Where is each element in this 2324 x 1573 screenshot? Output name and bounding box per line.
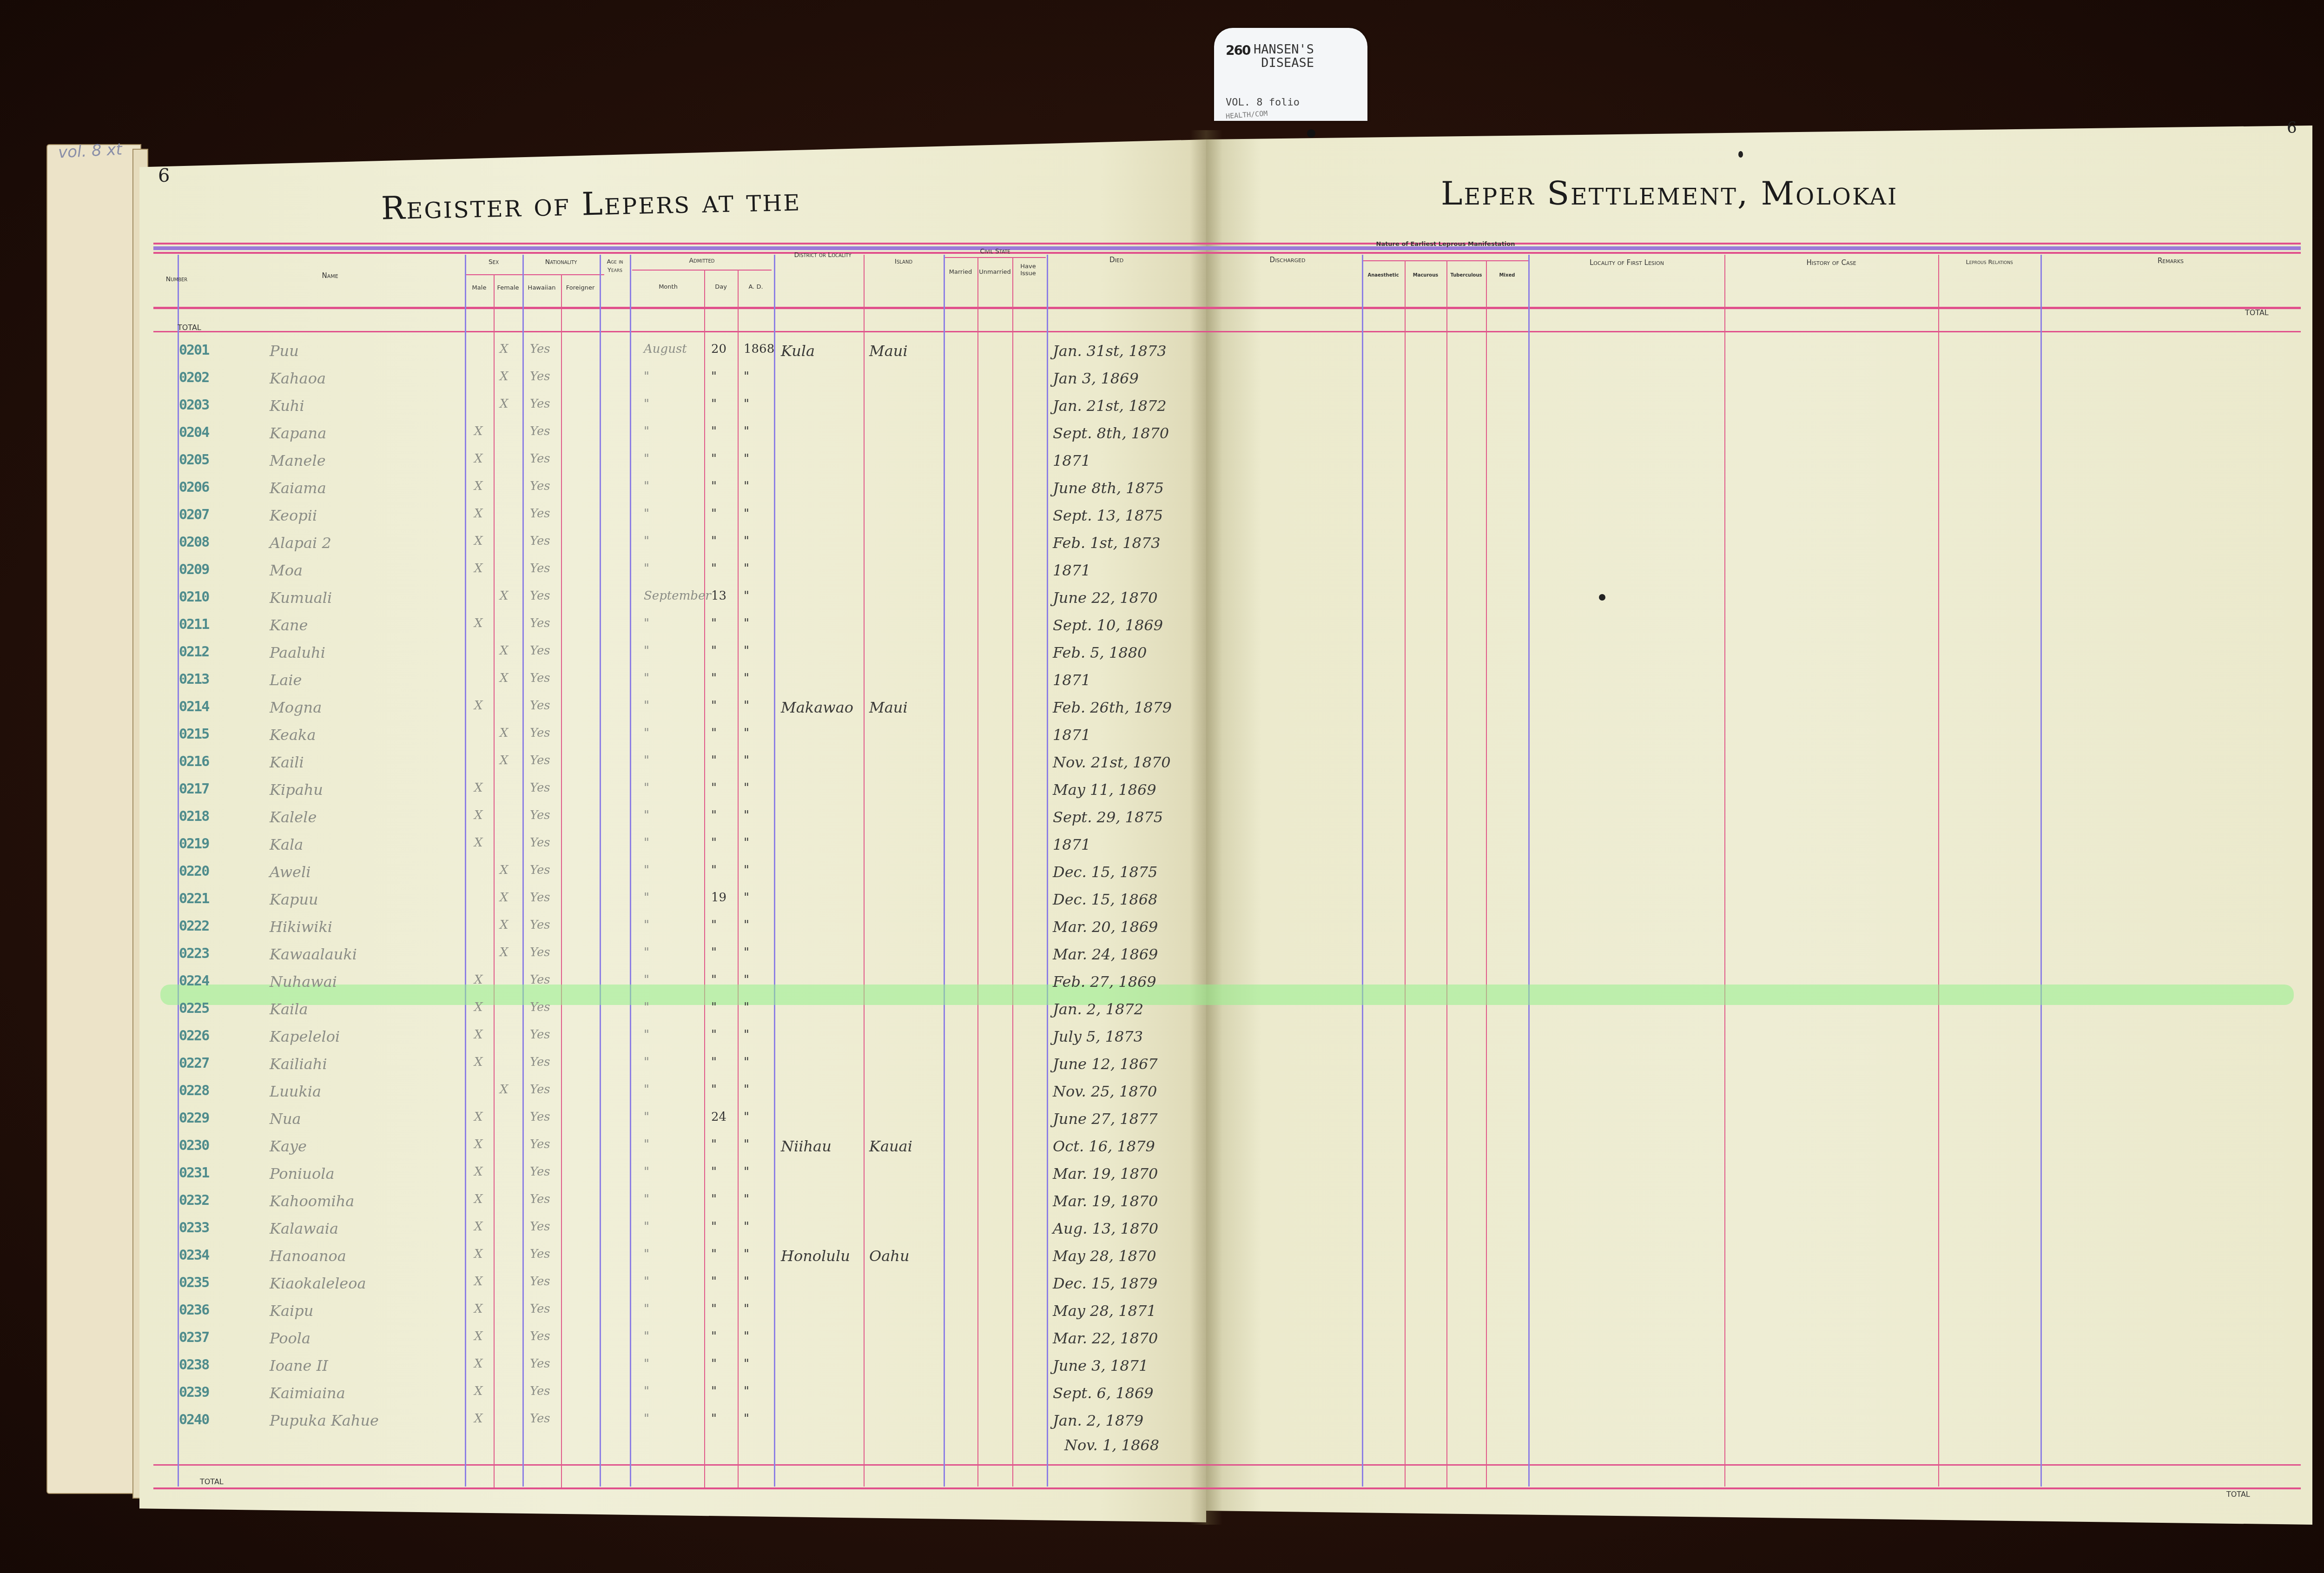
table-row[interactable]: 0205 Manele X Yes " " " 1871 bbox=[0, 448, 1208, 475]
table-row[interactable]: 0220 Aweli X Yes " " " Dec. 15, 1875 bbox=[0, 859, 1208, 886]
row-admitted-month: " bbox=[644, 1220, 649, 1234]
header-rule-bottom bbox=[153, 252, 2301, 254]
table-row[interactable]: 0214 Mogna X Yes " " " Makawao Maui Feb.… bbox=[0, 695, 1208, 722]
margin-note: vol. 8 xt bbox=[58, 140, 123, 162]
table-row[interactable]: 0227 Kailiahi X Yes " " " June 12, 1867 bbox=[0, 1051, 1208, 1078]
archive-tag-subject-1: HANSEN'S bbox=[1254, 42, 1314, 57]
row-admitted-year: " bbox=[744, 452, 749, 466]
row-admitted-month: " bbox=[644, 1412, 649, 1426]
table-row[interactable]: 0230 Kaye X Yes " " " Niihau Kauai Oct. … bbox=[0, 1134, 1208, 1161]
row-admitted-day: " bbox=[711, 1083, 717, 1097]
row-male: X bbox=[474, 479, 483, 493]
col-line-history bbox=[1938, 255, 1939, 1487]
row-number: 0203 bbox=[179, 397, 209, 413]
total-divider-bottom-1 bbox=[153, 1464, 2301, 1466]
total-divider-top bbox=[153, 331, 2301, 332]
row-died: 1871 bbox=[1053, 836, 1090, 853]
row-admitted-day: " bbox=[711, 671, 717, 685]
row-admitted-month: " bbox=[644, 699, 649, 713]
row-number: 0225 bbox=[179, 1000, 209, 1017]
row-admitted-year: " bbox=[744, 1110, 749, 1124]
table-row[interactable]: 0208 Alapai 2 X Yes " " " Feb. 1st, 1873 bbox=[0, 530, 1208, 557]
row-female: X bbox=[500, 918, 508, 932]
row-hawaiian: Yes bbox=[530, 918, 550, 932]
table-row[interactable]: 0204 Kapana X Yes " " " Sept. 8th, 1870 bbox=[0, 421, 1208, 448]
row-died: May 11, 1869 bbox=[1053, 781, 1156, 799]
row-admitted-day: " bbox=[711, 945, 717, 959]
table-row[interactable]: 0238 Ioane II X Yes " " " June 3, 1871 bbox=[0, 1353, 1208, 1380]
table-row[interactable]: 0240 Pupuka Kahue X Yes " " " Jan. 2, 18… bbox=[0, 1408, 1208, 1435]
row-name: Pupuka Kahue bbox=[270, 1412, 379, 1429]
row-died: Mar. 22, 1870 bbox=[1053, 1329, 1158, 1347]
table-row[interactable]: 0213 Laie X Yes " " " 1871 bbox=[0, 668, 1208, 694]
table-row[interactable]: 0221 Kapuu X Yes " 19 " Dec. 15, 1868 bbox=[0, 887, 1208, 914]
row-number: 0223 bbox=[179, 945, 209, 962]
row-admitted-year: " bbox=[744, 808, 749, 822]
row-hawaiian: Yes bbox=[530, 397, 550, 411]
row-admitted-year: " bbox=[744, 945, 749, 959]
row-admitted-month: " bbox=[644, 1000, 649, 1014]
row-admitted-year: " bbox=[744, 726, 749, 740]
row-admitted-year: " bbox=[744, 589, 749, 603]
row-female: X bbox=[500, 370, 508, 383]
row-number: 0224 bbox=[179, 973, 209, 989]
row-admitted-day: " bbox=[711, 1412, 717, 1426]
row-island: Kauai bbox=[869, 1137, 912, 1155]
header-married: Married bbox=[944, 269, 977, 276]
row-hawaiian: Yes bbox=[530, 1357, 550, 1371]
header-nature: Nature of Earliest Leprous Manifestation bbox=[1364, 241, 1527, 248]
row-name: Moa bbox=[270, 562, 303, 579]
row-number: 0229 bbox=[179, 1110, 209, 1126]
col-line-relations bbox=[2040, 255, 2042, 1487]
row-died: Jan. 2, 1879 bbox=[1053, 1412, 1143, 1429]
table-row[interactable]: 0223 Kawaalauki X Yes " " " Mar. 24, 186… bbox=[0, 942, 1208, 969]
row-admitted-month: " bbox=[644, 781, 649, 795]
table-row[interactable]: 0216 Kaili X Yes " " " Nov. 21st, 1870 bbox=[0, 750, 1208, 777]
archive-tag: 260 HANSEN'S DISEASE VOL. 8 folio HEALTH… bbox=[1214, 28, 1367, 121]
row-admitted-year: " bbox=[744, 1384, 749, 1398]
table-row[interactable]: 0212 Paaluhi X Yes " " " Feb. 5, 1880 bbox=[0, 640, 1208, 667]
row-hawaiian: Yes bbox=[530, 644, 550, 658]
row-admitted-month: " bbox=[644, 973, 649, 987]
row-female: X bbox=[500, 863, 508, 877]
row-male: X bbox=[474, 1412, 483, 1426]
row-hawaiian: Yes bbox=[530, 1275, 550, 1289]
row-admitted-year: " bbox=[744, 1000, 749, 1014]
row-admitted-day: " bbox=[711, 1165, 717, 1179]
row-female: X bbox=[500, 1083, 508, 1097]
row-male: X bbox=[474, 1192, 483, 1206]
header-relations: Leprous Relations bbox=[1941, 258, 2038, 268]
table-row[interactable]: 0217 Kipahu X Yes " " " May 11, 1869 bbox=[0, 777, 1208, 804]
row-name: Nua bbox=[270, 1110, 301, 1128]
row-died: Jan. 31st, 1873 bbox=[1053, 342, 1167, 360]
table-row[interactable]: 0203 Kuhi X Yes " " " Jan. 21st, 1872 bbox=[0, 393, 1208, 420]
civil-subdivider bbox=[944, 257, 1046, 258]
row-district: Makawao bbox=[781, 699, 853, 716]
row-hawaiian: Yes bbox=[530, 452, 550, 466]
header-rule-top bbox=[153, 243, 2301, 245]
row-admitted-month: " bbox=[644, 753, 649, 767]
row-admitted-year: " bbox=[744, 507, 749, 521]
row-name: Paaluhi bbox=[270, 644, 325, 661]
admitted-subdivider bbox=[632, 270, 772, 271]
table-row[interactable]: 0219 Kala X Yes " " " 1871 bbox=[0, 832, 1208, 859]
row-name: Kalawaia bbox=[270, 1220, 338, 1237]
row-number: 0206 bbox=[179, 479, 209, 496]
table-row[interactable]: 0224 Nuhawai X Yes " " " Feb. 27, 1869 bbox=[0, 969, 1208, 996]
row-number: 0240 bbox=[179, 1412, 209, 1428]
table-row[interactable]: 0207 Keopii X Yes " " " Sept. 13, 1875 bbox=[0, 503, 1208, 530]
row-died: Dec. 15, 1879 bbox=[1053, 1275, 1157, 1292]
row-admitted-month: August bbox=[644, 342, 687, 356]
row-admitted-day: " bbox=[711, 424, 717, 438]
row-number: 0221 bbox=[179, 891, 209, 907]
row-admitted-month: " bbox=[644, 1329, 649, 1343]
left-total-top: TOTAL bbox=[178, 323, 201, 332]
row-number: 0220 bbox=[179, 863, 209, 879]
row-admitted-year: " bbox=[744, 891, 749, 905]
row-admitted-day: " bbox=[711, 1275, 717, 1289]
header-remarks: Remarks bbox=[2045, 256, 2296, 266]
row-name: Kala bbox=[270, 836, 303, 853]
row-admitted-month: " bbox=[644, 1384, 649, 1398]
row-admitted-day: 19 bbox=[711, 891, 726, 905]
row-number: 0216 bbox=[179, 753, 209, 770]
row-name: Hikiwiki bbox=[270, 918, 332, 936]
row-died: May 28, 1871 bbox=[1053, 1302, 1156, 1320]
row-admitted-month: " bbox=[644, 562, 649, 575]
row-number: 0222 bbox=[179, 918, 209, 934]
row-island: Maui bbox=[869, 699, 908, 716]
row-number: 0207 bbox=[179, 507, 209, 523]
header-unmarried: Unmarried bbox=[977, 269, 1012, 276]
row-admitted-month: " bbox=[644, 1165, 649, 1179]
row-admitted-day: " bbox=[711, 808, 717, 822]
row-number: 0208 bbox=[179, 534, 209, 550]
table-row[interactable]: 0231 Poniuola X Yes " " " Mar. 19, 1870 bbox=[0, 1161, 1208, 1188]
row-hawaiian: Yes bbox=[530, 836, 550, 850]
row-admitted-year: 1868 bbox=[744, 342, 774, 356]
row-admitted-month: " bbox=[644, 1247, 649, 1261]
table-row[interactable]: 0237 Poola X Yes " " " Mar. 22, 1870 bbox=[0, 1326, 1208, 1353]
row-male: X bbox=[474, 836, 483, 850]
row-admitted-year: " bbox=[744, 1165, 749, 1179]
table-row[interactable]: 0218 Kalele X Yes " " " Sept. 29, 1875 bbox=[0, 805, 1208, 832]
row-name: Aweli bbox=[270, 863, 310, 881]
table-row[interactable]: 0234 Hanoanoa X Yes " " " Honolulu Oahu … bbox=[0, 1243, 1208, 1270]
row-died: June 27, 1877 bbox=[1053, 1110, 1158, 1128]
row-admitted-day: " bbox=[711, 452, 717, 466]
row-admitted-year: " bbox=[744, 1055, 749, 1069]
row-died: June 12, 1867 bbox=[1053, 1055, 1158, 1073]
table-row[interactable]: 0202 Kahaoa X Yes " " " Jan 3, 1869 bbox=[0, 366, 1208, 393]
row-male: X bbox=[474, 616, 483, 630]
row-name: Kiaokaleleoa bbox=[270, 1275, 366, 1292]
row-male: X bbox=[474, 534, 483, 548]
header-name: Name bbox=[302, 271, 358, 281]
row-hawaiian: Yes bbox=[530, 1055, 550, 1069]
header-civil-state: Civil State bbox=[944, 246, 1047, 257]
row-died: Mar. 19, 1870 bbox=[1053, 1165, 1158, 1183]
table-row[interactable]: 0235 Kiaokaleleoa X Yes " " " Dec. 15, 1… bbox=[0, 1271, 1208, 1298]
table-row[interactable]: 0211 Kane X Yes " " " Sept. 10, 1869 bbox=[0, 613, 1208, 640]
row-number: 0209 bbox=[179, 562, 209, 578]
col-line-tuberculous bbox=[1486, 260, 1487, 1487]
row-admitted-day: " bbox=[711, 1000, 717, 1014]
row-admitted-day: " bbox=[711, 397, 717, 411]
row-died: Nov. 25, 1870 bbox=[1053, 1083, 1157, 1100]
row-admitted-year: " bbox=[744, 479, 749, 493]
row-hawaiian: Yes bbox=[530, 1165, 550, 1179]
header-first-lesion: Locality of First Lesion bbox=[1534, 258, 1720, 268]
row-admitted-day: 20 bbox=[711, 342, 726, 356]
row-admitted-day: " bbox=[711, 726, 717, 740]
table-row[interactable]: 0226 Kapeleloi X Yes " " " July 5, 1873 bbox=[0, 1024, 1208, 1051]
table-row[interactable]: 0225 Kaila X Yes " " " Jan. 2, 1872 bbox=[0, 997, 1208, 1024]
archive-tag-volume: VOL. 8 folio bbox=[1226, 97, 1300, 108]
row-hawaiian: Yes bbox=[530, 1247, 550, 1261]
row-admitted-month: " bbox=[644, 644, 649, 658]
row-name: Poola bbox=[270, 1329, 310, 1347]
row-admitted-month: " bbox=[644, 918, 649, 932]
row-admitted-year: " bbox=[744, 863, 749, 877]
row-number: 0228 bbox=[179, 1083, 209, 1099]
header-died: Died bbox=[1047, 255, 1186, 265]
table-row[interactable]: 0210 Kumuali X Yes September 13 " June 2… bbox=[0, 585, 1208, 612]
row-admitted-day: 24 bbox=[711, 1110, 726, 1124]
row-admitted-day: " bbox=[711, 753, 717, 767]
row-name: Kaipu bbox=[270, 1302, 313, 1320]
table-row[interactable]: 0209 Moa X Yes " " " 1871 bbox=[0, 558, 1208, 585]
row-male: X bbox=[474, 562, 483, 575]
row-hawaiian: Yes bbox=[530, 616, 550, 630]
row-name: Manele bbox=[270, 452, 326, 469]
row-number: 0239 bbox=[179, 1384, 209, 1401]
row-hawaiian: Yes bbox=[530, 534, 550, 548]
row-hawaiian: Yes bbox=[530, 863, 550, 877]
right-total-bottom: TOTAL bbox=[2226, 1490, 2250, 1499]
row-admitted-month: " bbox=[644, 1302, 649, 1316]
row-hawaiian: Yes bbox=[530, 1110, 550, 1124]
row-died: Sept. 29, 1875 bbox=[1053, 808, 1163, 826]
row-hawaiian: Yes bbox=[530, 753, 550, 767]
col-line-nature bbox=[1528, 255, 1530, 1487]
row-admitted-day: " bbox=[711, 644, 717, 658]
row-name: Keopii bbox=[270, 507, 317, 524]
row-male: X bbox=[474, 1384, 483, 1398]
row-male: X bbox=[474, 1302, 483, 1316]
row-died: Feb. 26th, 1879 bbox=[1053, 699, 1172, 716]
col-line-discharged bbox=[1362, 255, 1363, 1487]
row-name: Kuhi bbox=[270, 397, 304, 415]
row-male: X bbox=[474, 1247, 483, 1261]
header-male: Male bbox=[465, 284, 494, 291]
row-female: X bbox=[500, 589, 508, 603]
row-admitted-day: " bbox=[711, 1357, 717, 1371]
row-name: Kane bbox=[270, 616, 308, 634]
row-admitted-day: " bbox=[711, 616, 717, 630]
table-row[interactable]: 0229 Nua X Yes " 24 " June 27, 1877 bbox=[0, 1106, 1208, 1133]
row-female: X bbox=[500, 726, 508, 740]
row-admitted-year: " bbox=[744, 1137, 749, 1151]
tag-hole-icon bbox=[1307, 129, 1315, 138]
row-admitted-day: " bbox=[711, 1220, 717, 1234]
table-row[interactable]: 0228 Luukia X Yes " " " Nov. 25, 1870 bbox=[0, 1079, 1208, 1106]
header-day: Day bbox=[704, 284, 738, 291]
row-hawaiian: Yes bbox=[530, 1137, 550, 1151]
row-number: 0215 bbox=[179, 726, 209, 742]
row-male: X bbox=[474, 1137, 483, 1151]
row-number: 0237 bbox=[179, 1329, 209, 1346]
header-macurous: Macurous bbox=[1405, 272, 1446, 279]
row-name: Kaila bbox=[270, 1000, 308, 1018]
header-rule-violet bbox=[153, 246, 2301, 250]
row-name: Keaka bbox=[270, 726, 316, 744]
row-died: Sept. 6, 1869 bbox=[1053, 1384, 1154, 1402]
row-admitted-year: " bbox=[744, 1220, 749, 1234]
row-male: X bbox=[474, 1275, 483, 1289]
table-row[interactable]: 0233 Kalawaia X Yes " " " Aug. 13, 1870 bbox=[0, 1216, 1208, 1243]
right-page-title: Leper Settlement, Molokai bbox=[1441, 174, 1898, 212]
header-month: Month bbox=[632, 284, 704, 291]
row-died: 1871 bbox=[1053, 671, 1090, 689]
table-row[interactable]: 0232 Kahoomiha X Yes " " " Mar. 19, 1870 bbox=[0, 1189, 1208, 1216]
row-admitted-year: " bbox=[744, 836, 749, 850]
row-hawaiian: Yes bbox=[530, 1302, 550, 1316]
header-anaesthetic: Anaesthetic bbox=[1362, 272, 1405, 279]
row-admitted-day: " bbox=[711, 1055, 717, 1069]
archive-tag-number: 260 bbox=[1226, 43, 1250, 58]
row-admitted-month: " bbox=[644, 616, 649, 630]
row-number: 0219 bbox=[179, 836, 209, 852]
row-number: 0211 bbox=[179, 616, 209, 633]
row-number: 0236 bbox=[179, 1302, 209, 1318]
row-hawaiian: Yes bbox=[530, 781, 550, 795]
row-admitted-month: " bbox=[644, 370, 649, 383]
header-hawaiian: Hawaiian bbox=[522, 284, 561, 291]
row-name: Poniuola bbox=[270, 1165, 335, 1183]
row-name: Kalele bbox=[270, 808, 317, 826]
row-admitted-year: " bbox=[744, 370, 749, 383]
row-name: Kapana bbox=[270, 424, 326, 442]
table-row[interactable]: 0215 Keaka X Yes " " " 1871 bbox=[0, 722, 1208, 749]
table-row[interactable]: 0222 Hikiwiki X Yes " " " Mar. 20, 1869 bbox=[0, 914, 1208, 941]
row-admitted-day: " bbox=[711, 534, 717, 548]
row-hawaiian: Yes bbox=[530, 370, 550, 383]
row-admitted-year: " bbox=[744, 1412, 749, 1426]
header-female: Female bbox=[494, 284, 522, 291]
row-died: Nov. 21st, 1870 bbox=[1053, 753, 1171, 771]
row-male: X bbox=[474, 1110, 483, 1124]
row-admitted-month: " bbox=[644, 726, 649, 740]
row-hawaiian: Yes bbox=[530, 479, 550, 493]
row-died: June 3, 1871 bbox=[1053, 1357, 1148, 1375]
row-number: 0233 bbox=[179, 1220, 209, 1236]
row-male: X bbox=[474, 1165, 483, 1179]
row-number: 0201 bbox=[179, 342, 209, 358]
row-died: Dec. 15, 1875 bbox=[1053, 863, 1157, 881]
row-hawaiian: Yes bbox=[530, 1192, 550, 1206]
row-admitted-year: " bbox=[744, 424, 749, 438]
row-died: June 22, 1870 bbox=[1053, 589, 1158, 607]
header-tuberculous: Tuberculous bbox=[1446, 272, 1486, 279]
table-row[interactable]: 0239 Kaimiaina X Yes " " " Sept. 6, 1869 bbox=[0, 1381, 1208, 1408]
row-name: Kipahu bbox=[270, 781, 323, 799]
table-row[interactable]: 0201 Puu X Yes August 20 1868 Kula Maui … bbox=[0, 338, 1208, 365]
row-died: Dec. 15, 1868 bbox=[1053, 891, 1157, 908]
row-hawaiian: Yes bbox=[530, 424, 550, 438]
row-number: 0231 bbox=[179, 1165, 209, 1181]
right-total-top: TOTAL bbox=[2245, 308, 2269, 317]
row-male: X bbox=[474, 1220, 483, 1234]
row-hawaiian: Yes bbox=[530, 589, 550, 603]
row-number: 0217 bbox=[179, 781, 209, 797]
row-admitted-month: " bbox=[644, 891, 649, 905]
row-hawaiian: Yes bbox=[530, 699, 550, 713]
row-died: Sept. 8th, 1870 bbox=[1053, 424, 1169, 442]
row-died: Aug. 13, 1870 bbox=[1053, 1220, 1158, 1237]
row-male: X bbox=[474, 1028, 483, 1042]
row-admitted-month: " bbox=[644, 863, 649, 877]
row-died: Jan. 21st, 1872 bbox=[1053, 397, 1167, 415]
table-row[interactable]: 0236 Kaipu X Yes " " " May 28, 1871 bbox=[0, 1298, 1208, 1325]
row-number: 0212 bbox=[179, 644, 209, 660]
row-admitted-year: " bbox=[744, 1357, 749, 1371]
row-died: Jan 3, 1869 bbox=[1053, 370, 1139, 387]
row-admitted-day: " bbox=[711, 507, 717, 521]
row-island: Maui bbox=[869, 342, 908, 360]
table-row[interactable]: 0206 Kaiama X Yes " " " June 8th, 1875 bbox=[0, 476, 1208, 502]
row-died: Sept. 10, 1869 bbox=[1053, 616, 1163, 634]
row-admitted-month: " bbox=[644, 397, 649, 411]
row-admitted-month: " bbox=[644, 1137, 649, 1151]
row-admitted-day: " bbox=[711, 1329, 717, 1343]
header-foreigner: Foreigner bbox=[561, 284, 600, 291]
header-nationality: Nationality bbox=[522, 257, 600, 267]
row-admitted-day: " bbox=[711, 1302, 717, 1316]
row-female: X bbox=[500, 753, 508, 767]
row-number: 0202 bbox=[179, 370, 209, 386]
row-female: X bbox=[500, 945, 508, 959]
row-hawaiian: Yes bbox=[530, 945, 550, 959]
row-name: Luukia bbox=[270, 1083, 321, 1100]
archive-tag-subject-2: DISEASE bbox=[1261, 56, 1314, 70]
row-admitted-day: " bbox=[711, 918, 717, 932]
row-admitted-month: " bbox=[644, 1055, 649, 1069]
row-died: Mar. 24, 1869 bbox=[1053, 945, 1158, 963]
row-island: Oahu bbox=[869, 1247, 910, 1265]
row-admitted-year: " bbox=[744, 1028, 749, 1042]
row-name: Ioane II bbox=[270, 1357, 328, 1375]
col-line-anaesthetic bbox=[1405, 260, 1406, 1487]
row-admitted-day: " bbox=[711, 1192, 717, 1206]
row-name: Kapuu bbox=[270, 891, 318, 908]
row-number: 0218 bbox=[179, 808, 209, 825]
row-died: 1871 bbox=[1053, 562, 1090, 579]
row-died: Feb. 27, 1869 bbox=[1053, 973, 1156, 991]
row-female: X bbox=[500, 671, 508, 685]
row-admitted-year: " bbox=[744, 1192, 749, 1206]
row-admitted-year: " bbox=[744, 1302, 749, 1316]
row-number: 0234 bbox=[179, 1247, 209, 1263]
nature-subdivider bbox=[1362, 260, 1529, 261]
row-admitted-month: " bbox=[644, 452, 649, 466]
row-hawaiian: Yes bbox=[530, 1220, 550, 1234]
row-admitted-day: 13 bbox=[711, 589, 726, 603]
row-admitted-day: " bbox=[711, 836, 717, 850]
